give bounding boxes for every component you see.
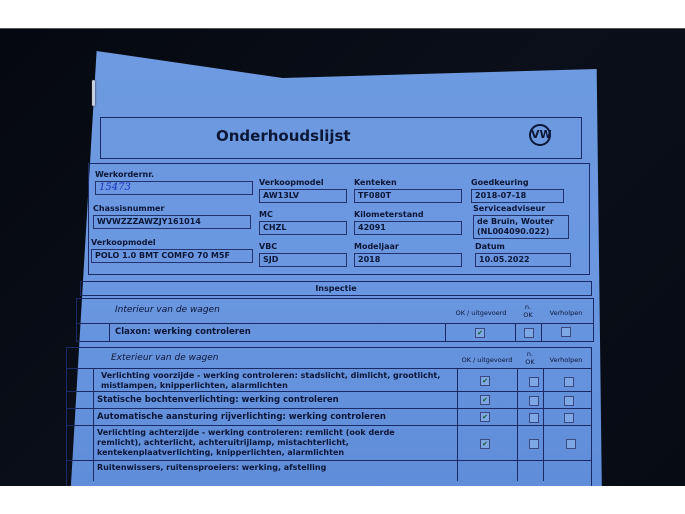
- field-modeljaar: Modeljaar 2018: [354, 242, 462, 267]
- document-title: Onderhoudslijst: [216, 127, 351, 145]
- nok-checkbox[interactable]: [529, 377, 539, 387]
- exterior-table: Exterieur van de wagen OK / uitgevoerd n…: [66, 347, 592, 489]
- table-row: Verlichting achterzijde - werking contro…: [67, 426, 591, 461]
- werkordernr-value: 15473: [95, 181, 253, 195]
- nok-checkbox[interactable]: [529, 396, 539, 406]
- interior-section-title: Interieur van de wagen: [115, 305, 220, 315]
- fixed-checkbox[interactable]: [564, 396, 574, 406]
- fixed-checkbox[interactable]: [564, 377, 574, 387]
- field-serviceadviseur: Serviceadviseur de Bruin, Wouter (NL0040…: [473, 204, 569, 239]
- table-row: Automatische aansturing rijverlichting: …: [67, 409, 591, 426]
- field-datum: Datum 10.05.2022: [475, 242, 571, 267]
- fixed-checkbox[interactable]: [566, 439, 576, 449]
- ok-checkbox[interactable]: ✔: [480, 376, 490, 386]
- table-row: Ruitenwissers, ruitensproeiers: werking,…: [67, 461, 591, 481]
- fixed-checkbox[interactable]: [561, 327, 571, 337]
- ok-checkbox[interactable]: ✔: [480, 412, 490, 422]
- exterior-section-title: Exterieur van de wagen: [111, 353, 218, 363]
- nok-checkbox[interactable]: [529, 439, 539, 449]
- title-box: Onderhoudslijst VW: [100, 117, 582, 159]
- staple: [92, 80, 95, 106]
- field-verkoopmodel: Verkoopmodel POLO 1.0 BMT COMFO 70 M5F: [91, 238, 253, 263]
- table-row: Claxon: werking controleren ✔: [77, 324, 593, 341]
- bottom-margin: [0, 486, 685, 514]
- vehicle-info-box: Werkordernr. 15473 Verkoopmodel AW13LV K…: [88, 163, 590, 275]
- vw-logo-icon: VW: [529, 124, 551, 146]
- table-row: Verlichting voorzijde - werking controle…: [67, 369, 591, 392]
- fixed-checkbox[interactable]: [564, 413, 574, 423]
- ok-checkbox[interactable]: ✔: [475, 328, 485, 338]
- field-kenteken: Kenteken TF080T: [354, 178, 462, 203]
- field-chassisnummer: Chassisnummer WVWZZZAWZJY161014: [93, 204, 251, 229]
- field-vbc: VBC SJD: [259, 242, 347, 267]
- table-row: Statische bochtenverlichting: werking co…: [67, 392, 591, 409]
- field-mc: MC CHZL: [259, 210, 347, 235]
- field-kilometerstand: Kilometerstand 42091: [354, 210, 462, 235]
- field-verkoopmodel-code: Verkoopmodel AW13LV: [259, 178, 347, 203]
- ok-checkbox[interactable]: ✔: [480, 439, 490, 449]
- field-werkordernr: Werkordernr. 15473: [95, 170, 253, 195]
- nok-checkbox[interactable]: [529, 413, 539, 423]
- interior-table: Interieur van de wagen OK / uitgevoerd n…: [76, 298, 594, 342]
- nok-checkbox[interactable]: [524, 328, 534, 338]
- ok-checkbox[interactable]: ✔: [480, 395, 490, 405]
- field-goedkeuring: Goedkeuring 2018-07-18: [471, 178, 564, 203]
- inspection-header: Inspectie: [80, 281, 592, 296]
